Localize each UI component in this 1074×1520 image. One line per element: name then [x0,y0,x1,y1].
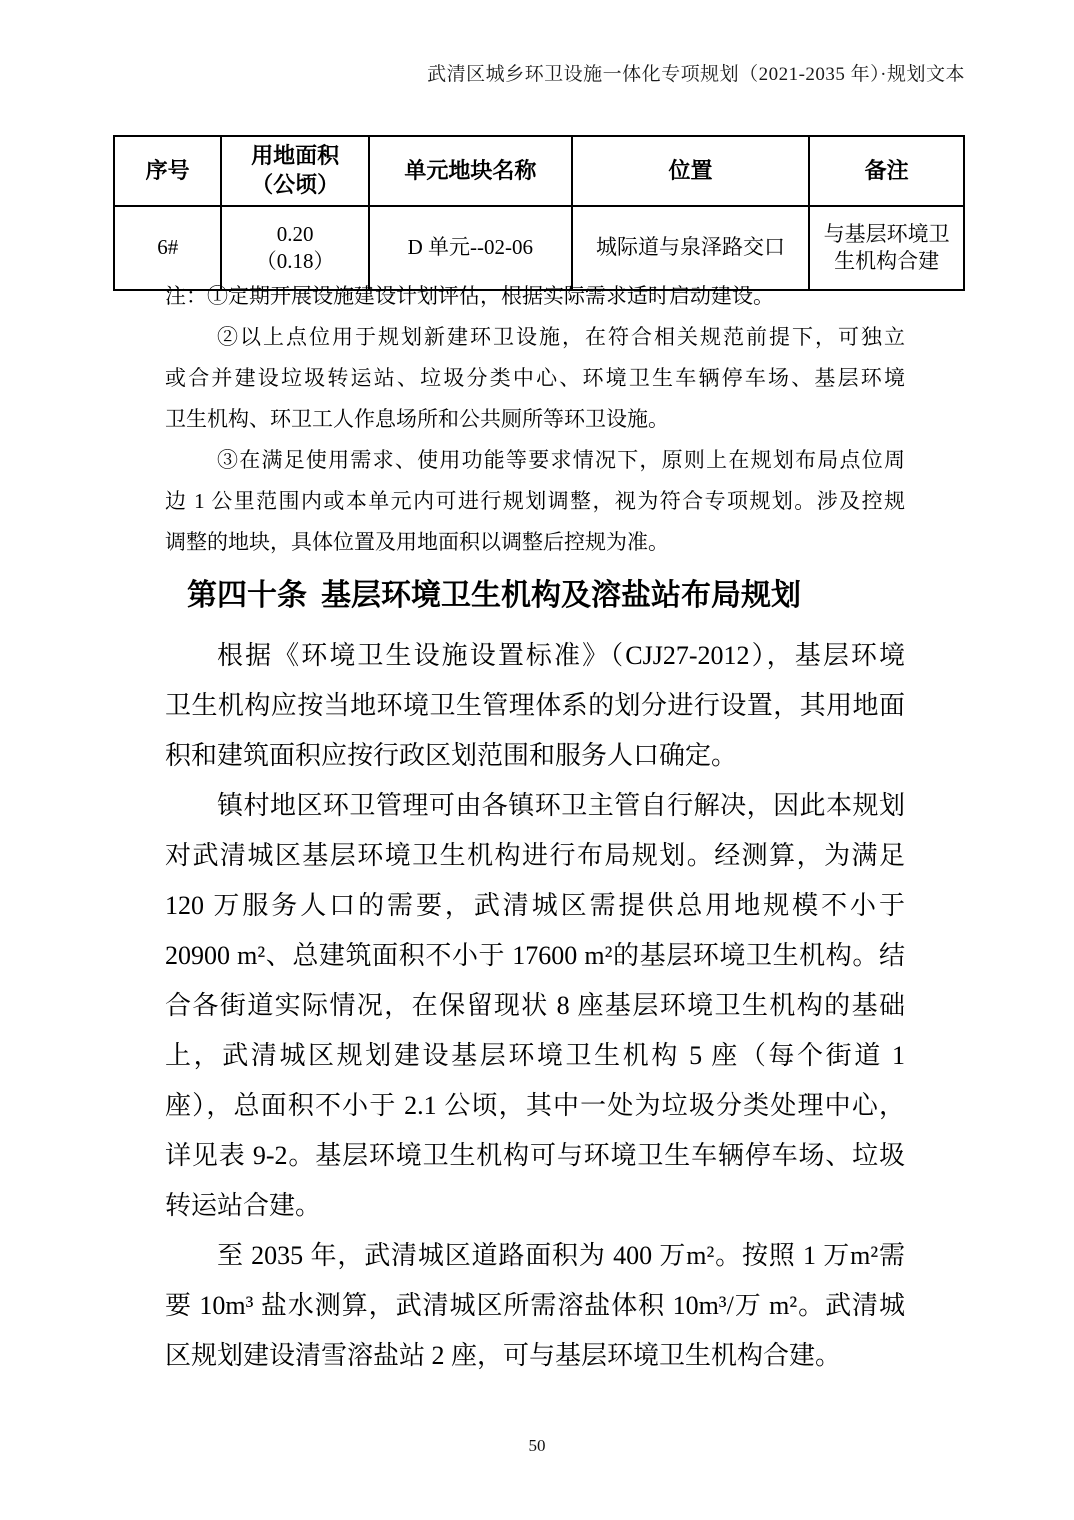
column-header: 单元地块名称 [369,136,572,206]
paragraph-line: 卫生机构应按当地环境卫生管理体系的划分进行设置，其用地面 [165,681,905,731]
paragraph-line: 座），总面积不小于 2.1 公顷，其中一处为垃圾分类处理中心， [165,1081,905,1131]
table-header-row: 序号用地面积 （公顷）单元地块名称位置备注 [114,136,964,206]
paragraph-line: 对武清城区基层环境卫生机构进行布局规划。经测算，为满足 [165,831,905,881]
column-header: 位置 [572,136,809,206]
table-header: 序号用地面积 （公顷）单元地块名称位置备注 [114,136,964,206]
paragraph-line: 区规划建设清雪溶盐站 2 座，可与基层环境卫生机构合建。 [165,1331,905,1381]
running-head: 武清区城乡环卫设施一体化专项规划（2021-2035 年）·规划文本 [427,62,965,88]
paragraph-line: 至 2035 年，武清城区道路面积为 400 万m²。按照 1 万m²需 [165,1231,905,1281]
section-number: 第四十条 [187,579,307,612]
note-line: 边 1 公里范围内或本单元内可进行规划调整，视为符合专项规划。涉及控规 [165,481,905,522]
paragraph-line: 20900 m²、总建筑面积不小于 17600 m²的基层环境卫生机构。结 [165,931,905,981]
paragraph-line: 合各街道实际情况，在保留现状 8 座基层环境卫生机构的基础 [165,981,905,1031]
paragraph-line: 积和建筑面积应按行政区划范围和服务人口确定。 [165,731,905,781]
table-notes: 注：①定期开展设施建设计划评估，根据实际需求适时启动建设。②以上点位用于规划新建… [165,276,905,563]
note-line: 注：①定期开展设施建设计划评估，根据实际需求适时启动建设。 [165,276,905,317]
paragraph-line: 转运站合建。 [165,1181,905,1231]
paragraph-line: 镇村地区环卫管理可由各镇环卫主管自行解决，因此本规划 [165,781,905,831]
note-line: 卫生机构、环卫工人作息场所和公共厕所等环卫设施。 [165,399,905,440]
land-plots-table: 序号用地面积 （公顷）单元地块名称位置备注 6#0.20 （0.18）D 单元-… [113,135,965,291]
note-line: ③在满足使用需求、使用功能等要求情况下，原则上在规划布局点位周 [165,440,905,481]
column-header: 序号 [114,136,221,206]
paragraph-line: 120 万服务人口的需要，武清城区需提供总用地规模不小于 [165,881,905,931]
body-paragraphs: 根据《环境卫生设施设置标准》（CJJ27-2012），基层环境卫生机构应按当地环… [165,631,905,1381]
page-number: 50 [0,1436,1074,1456]
document-page: 武清区城乡环卫设施一体化专项规划（2021-2035 年）·规划文本 序号用地面… [0,0,1074,1520]
note-line: 调整的地块，具体位置及用地面积以调整后控规为准。 [165,522,905,563]
note-line: ②以上点位用于规划新建环卫设施，在符合相关规范前提下，可独立 [165,317,905,358]
paragraph-line: 详见表 9-2。基层环境卫生机构可与环境卫生车辆停车场、垃圾 [165,1131,905,1181]
column-header: 用地面积 （公顷） [221,136,369,206]
paragraph-line: 要 10m³ 盐水测算，武清城区所需溶盐体积 10m³/万 m²。武清城 [165,1281,905,1331]
column-header: 备注 [809,136,964,206]
paragraph-line: 根据《环境卫生设施设置标准》（CJJ27-2012），基层环境 [165,631,905,681]
note-line: 或合并建设垃圾转运站、垃圾分类中心、环境卫生车辆停车场、基层环境 [165,358,905,399]
paragraph-line: 上，武清城区规划建设基层环境卫生机构 5 座（每个街道 1 [165,1031,905,1081]
section-heading: 第四十条基层环境卫生机构及溶盐站布局规划 [165,576,947,616]
section-title: 基层环境卫生机构及溶盐站布局规划 [321,579,801,612]
